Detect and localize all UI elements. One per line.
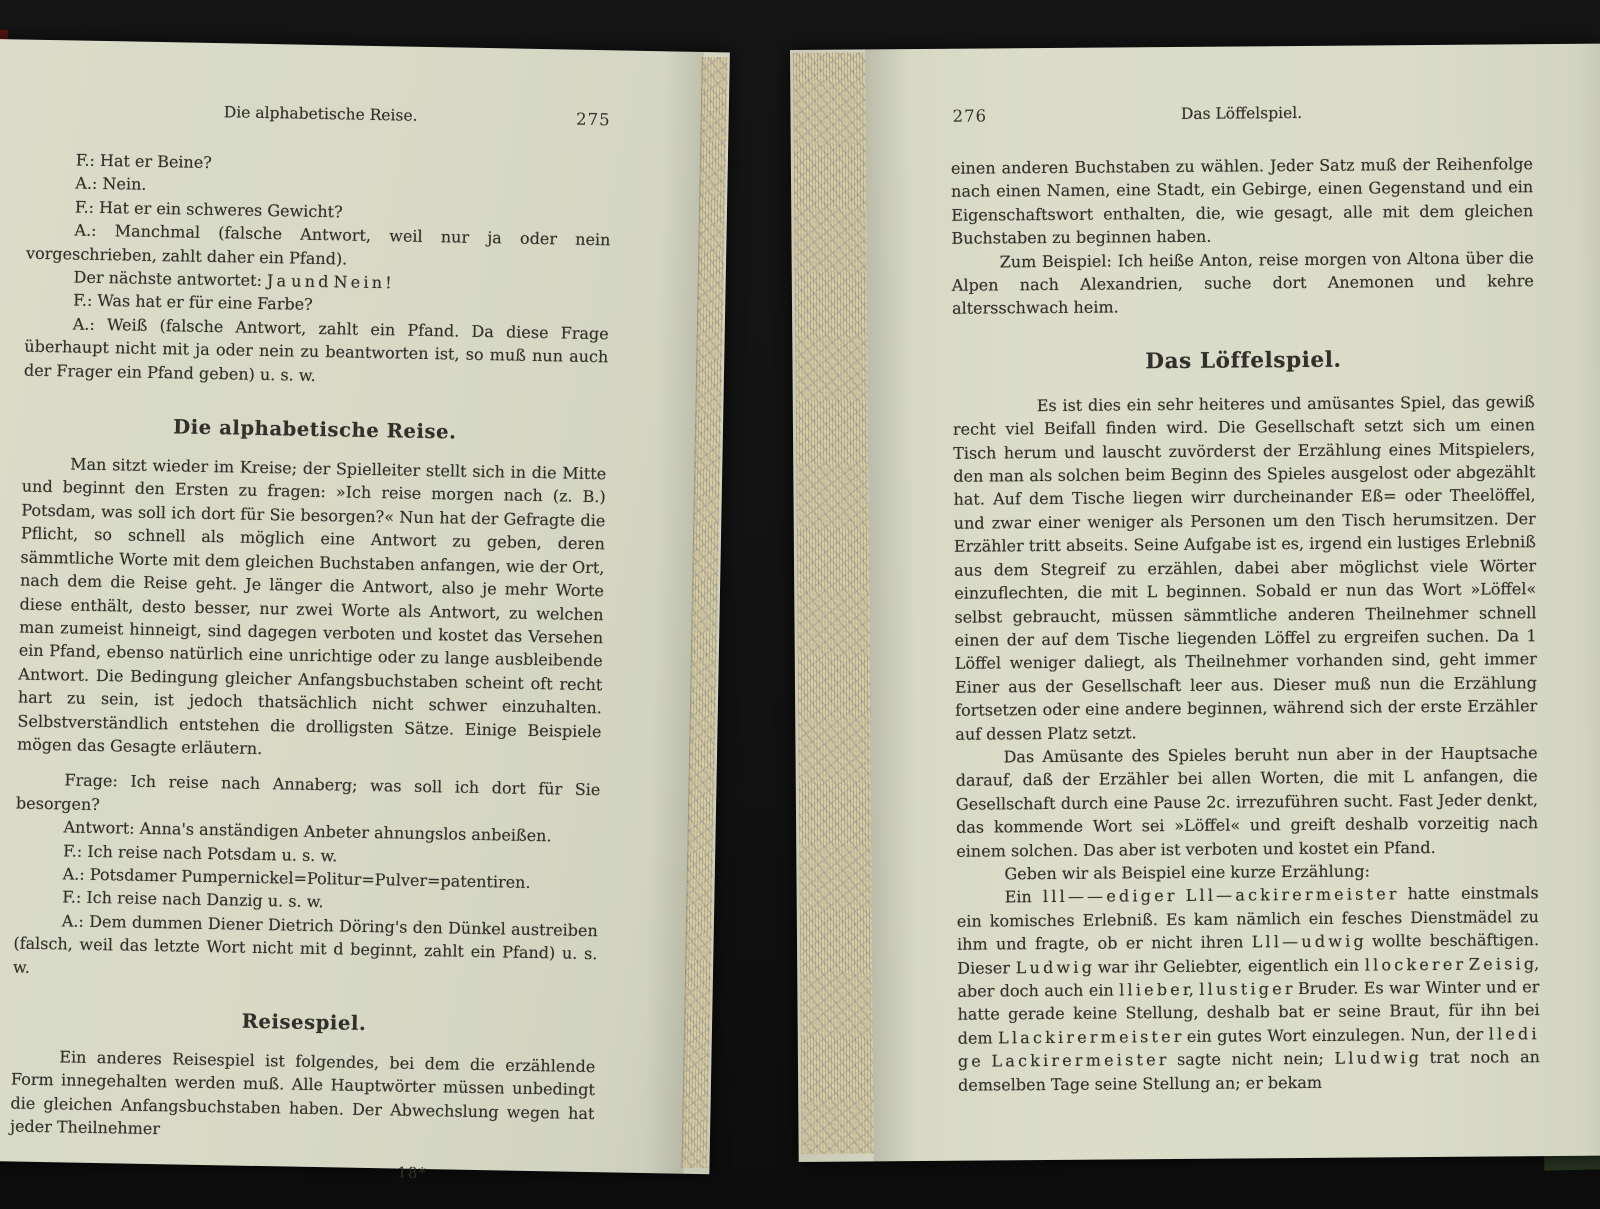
dialog-paragraph: A.: Weiß (falsche Antwort, zahlt ein Pfa…: [24, 311, 609, 392]
book-page-right: 276 Das Löffelspiel. einen anderen Buchs…: [790, 44, 1600, 1162]
left-running-title: Die alphabetische Reise.: [224, 103, 418, 125]
section-heading-loeffelspiel: Das Löffelspiel.: [952, 346, 1534, 377]
section-heading-reisespiel: Reisespiel.: [12, 1004, 596, 1041]
right-page-content: 276 Das Löffelspiel. einen anderen Buchs…: [950, 44, 1540, 1097]
book-photo-scene: Die alphabetische Reise. 275 F.: Hat er …: [0, 0, 1600, 1209]
paragraph: Zum Beispiel: Ich heiße Anton, reise mor…: [952, 246, 1535, 321]
left-page-number: 275: [576, 108, 611, 132]
left-page-content: Die alphabetische Reise. 275 F.: Hat er …: [9, 40, 614, 1189]
dialog-paragraph: A.: Dem dummen Diener Dietrich Döring's …: [13, 908, 598, 989]
book-page-left: Die alphabetische Reise. 275 F.: Hat er …: [0, 39, 730, 1174]
dialog-block-top: F.: Hat er Beine?A.: Nein.F.: Hat er ein…: [24, 148, 612, 393]
right-running-title: Das Löffelspiel.: [1181, 104, 1302, 123]
paragraph: Ein l l l — — e d i g e r L l l — a c k …: [957, 882, 1541, 1097]
paragraph: Man sitzt wieder im Kreise; der Spiellei…: [17, 452, 606, 767]
marbled-fore-edge-left: [681, 57, 727, 1168]
section-heading-alphabetische-reise: Die alphabetische Reise.: [23, 412, 607, 449]
marbled-fore-edge-right: [793, 52, 874, 1154]
paragraph: Ein anderes Reisespiel ist folgendes, be…: [10, 1044, 596, 1148]
paragraph-continuation: einen anderen Buchstaben zu wählen. Jede…: [951, 152, 1534, 250]
paragraph: Das Amüsante des Spieles beruht nun aber…: [955, 741, 1538, 863]
paragraph: Es ist dies ein sehr heiteres und amüsan…: [953, 390, 1538, 746]
right-running-header: 276 Das Löffelspiel.: [950, 100, 1532, 129]
left-running-header: Die alphabetische Reise. 275: [29, 98, 613, 133]
signature-mark: 18*: [9, 1154, 593, 1188]
right-page-number: 276: [952, 104, 987, 128]
dialog-block-examples: Frage: Ich reise nach Annaberg; was soll…: [13, 768, 601, 989]
